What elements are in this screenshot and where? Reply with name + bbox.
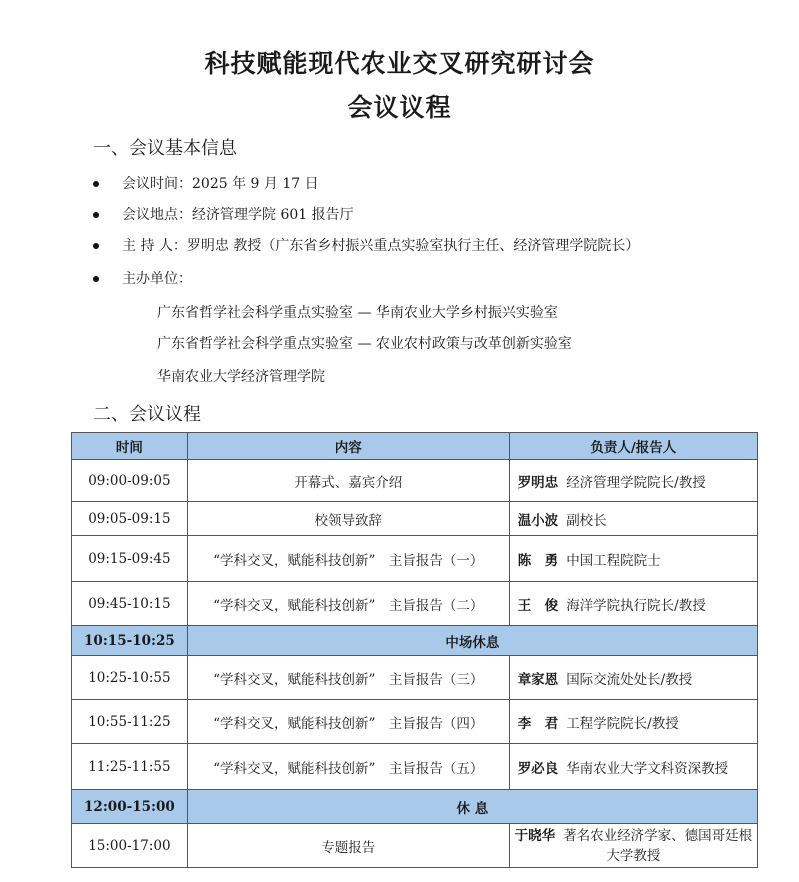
content-cell: “学科交叉，赋能科技创新” 主旨报告（四） xyxy=(187,700,509,744)
time-cell: 09:15-09:45 xyxy=(72,536,188,582)
speaker-role: 中国工程院院士 xyxy=(566,553,661,569)
speaker-role: 工程学院院长/教授 xyxy=(566,716,679,732)
time-cell: 09:45-10:15 xyxy=(72,582,188,626)
content-cell: 校领导致辞 xyxy=(187,502,509,536)
person-cell: 李 君工程学院院长/教授 xyxy=(509,700,757,744)
break-cell: 休 息 xyxy=(187,790,757,824)
person-cell: 罗明忠经济管理学院院长/教授 xyxy=(509,460,757,502)
table-row-break: 10:15-10:25 中场休息 xyxy=(72,626,758,656)
content-cell: 开幕式、嘉宾介绍 xyxy=(187,460,509,502)
speaker-name: 王 俊 xyxy=(518,598,559,614)
organizer-line: 华南农业大学经济管理学院 xyxy=(157,366,325,386)
table-row: 15:00-17:00 专题报告 于晓华著名农业经济学家、德国哥廷根大学教授 xyxy=(72,824,758,868)
agenda-table: 时间 内容 负责人/报告人 09:00-09:05 开幕式、嘉宾介绍 罗明忠经济… xyxy=(71,432,758,868)
speaker-name: 陈 勇 xyxy=(518,553,559,569)
person-cell: 温小波副校长 xyxy=(509,502,757,536)
table-row: 10:25-10:55 “学科交叉，赋能科技创新” 主旨报告（三） 章家恩国际交… xyxy=(72,656,758,700)
time-cell: 12:00-15:00 xyxy=(72,790,188,824)
person-cell: 陈 勇中国工程院院士 xyxy=(509,536,757,582)
speaker-role: 著名农业经济学家、德国哥廷根大学教授 xyxy=(563,828,752,864)
speaker-name: 温小波 xyxy=(518,513,559,529)
time-cell: 10:15-10:25 xyxy=(72,626,188,656)
table-row-break: 12:00-15:00 休 息 xyxy=(72,790,758,824)
person-cell: 章家恩国际交流处处长/教授 xyxy=(509,656,757,700)
speaker-name: 于晓华 xyxy=(515,828,556,844)
speaker-name: 罗必良 xyxy=(518,761,559,777)
speaker-role: 副校长 xyxy=(566,513,607,529)
content-cell: “学科交叉，赋能科技创新” 主旨报告（五） xyxy=(187,744,509,790)
column-header-person: 负责人/报告人 xyxy=(509,433,757,460)
speaker-name: 章家恩 xyxy=(518,672,559,688)
table-row: 09:05-09:15 校领导致辞 温小波副校长 xyxy=(72,502,758,536)
time-cell: 15:00-17:00 xyxy=(72,824,188,868)
speaker-role: 经济管理学院院长/教授 xyxy=(566,475,706,491)
break-cell: 中场休息 xyxy=(187,626,757,656)
content-cell: “学科交叉，赋能科技创新” 主旨报告（一） xyxy=(187,536,509,582)
document-title: 科技赋能现代农业交叉研究研讨会 xyxy=(0,44,799,80)
person-cell: 王 俊海洋学院执行院长/教授 xyxy=(509,582,757,626)
organizer-line: 广东省哲学社会科学重点实验室 — 农业农村政策与改革创新实验室 xyxy=(157,333,572,353)
table-header-row: 时间 内容 负责人/报告人 xyxy=(72,433,758,460)
bullet-icon xyxy=(93,181,99,187)
time-cell: 09:00-09:05 xyxy=(72,460,188,502)
person-cell: 于晓华著名农业经济学家、德国哥廷根大学教授 xyxy=(509,824,757,868)
content-cell: “学科交叉，赋能科技创新” 主旨报告（二） xyxy=(187,582,509,626)
speaker-role: 华南农业大学文科资深教授 xyxy=(566,761,728,777)
speaker-name: 李 君 xyxy=(518,716,559,732)
time-cell: 11:25-11:55 xyxy=(72,744,188,790)
time-cell: 10:25-10:55 xyxy=(72,656,188,700)
bullet-icon xyxy=(93,212,99,218)
speaker-role: 海洋学院执行院长/教授 xyxy=(566,598,706,614)
table-row: 09:15-09:45 “学科交叉，赋能科技创新” 主旨报告（一） 陈 勇中国工… xyxy=(72,536,758,582)
bullet-icon xyxy=(93,243,99,249)
table-row: 10:55-11:25 “学科交叉，赋能科技创新” 主旨报告（四） 李 君工程学… xyxy=(72,700,758,744)
speaker-role: 国际交流处处长/教授 xyxy=(566,672,692,688)
document-subtitle: 会议议程 xyxy=(0,88,799,124)
content-cell: 专题报告 xyxy=(187,824,509,868)
section-heading-agenda: 二、会议议程 xyxy=(93,400,201,426)
speaker-name: 罗明忠 xyxy=(518,475,559,491)
bullet-icon xyxy=(93,276,99,282)
column-header-time: 时间 xyxy=(72,433,188,460)
organizer-line: 广东省哲学社会科学重点实验室 — 华南农业大学乡村振兴实验室 xyxy=(157,302,558,322)
section-heading-basic-info: 一、会议基本信息 xyxy=(93,134,237,160)
table-row: 09:45-10:15 “学科交叉，赋能科技创新” 主旨报告（二） 王 俊海洋学… xyxy=(72,582,758,626)
column-header-content: 内容 xyxy=(187,433,509,460)
table-row: 11:25-11:55 “学科交叉，赋能科技创新” 主旨报告（五） 罗必良华南农… xyxy=(72,744,758,790)
person-cell: 罗必良华南农业大学文科资深教授 xyxy=(509,744,757,790)
time-cell: 09:05-09:15 xyxy=(72,502,188,536)
time-cell: 10:55-11:25 xyxy=(72,700,188,744)
table-row: 09:00-09:05 开幕式、嘉宾介绍 罗明忠经济管理学院院长/教授 xyxy=(72,460,758,502)
content-cell: “学科交叉，赋能科技创新” 主旨报告（三） xyxy=(187,656,509,700)
